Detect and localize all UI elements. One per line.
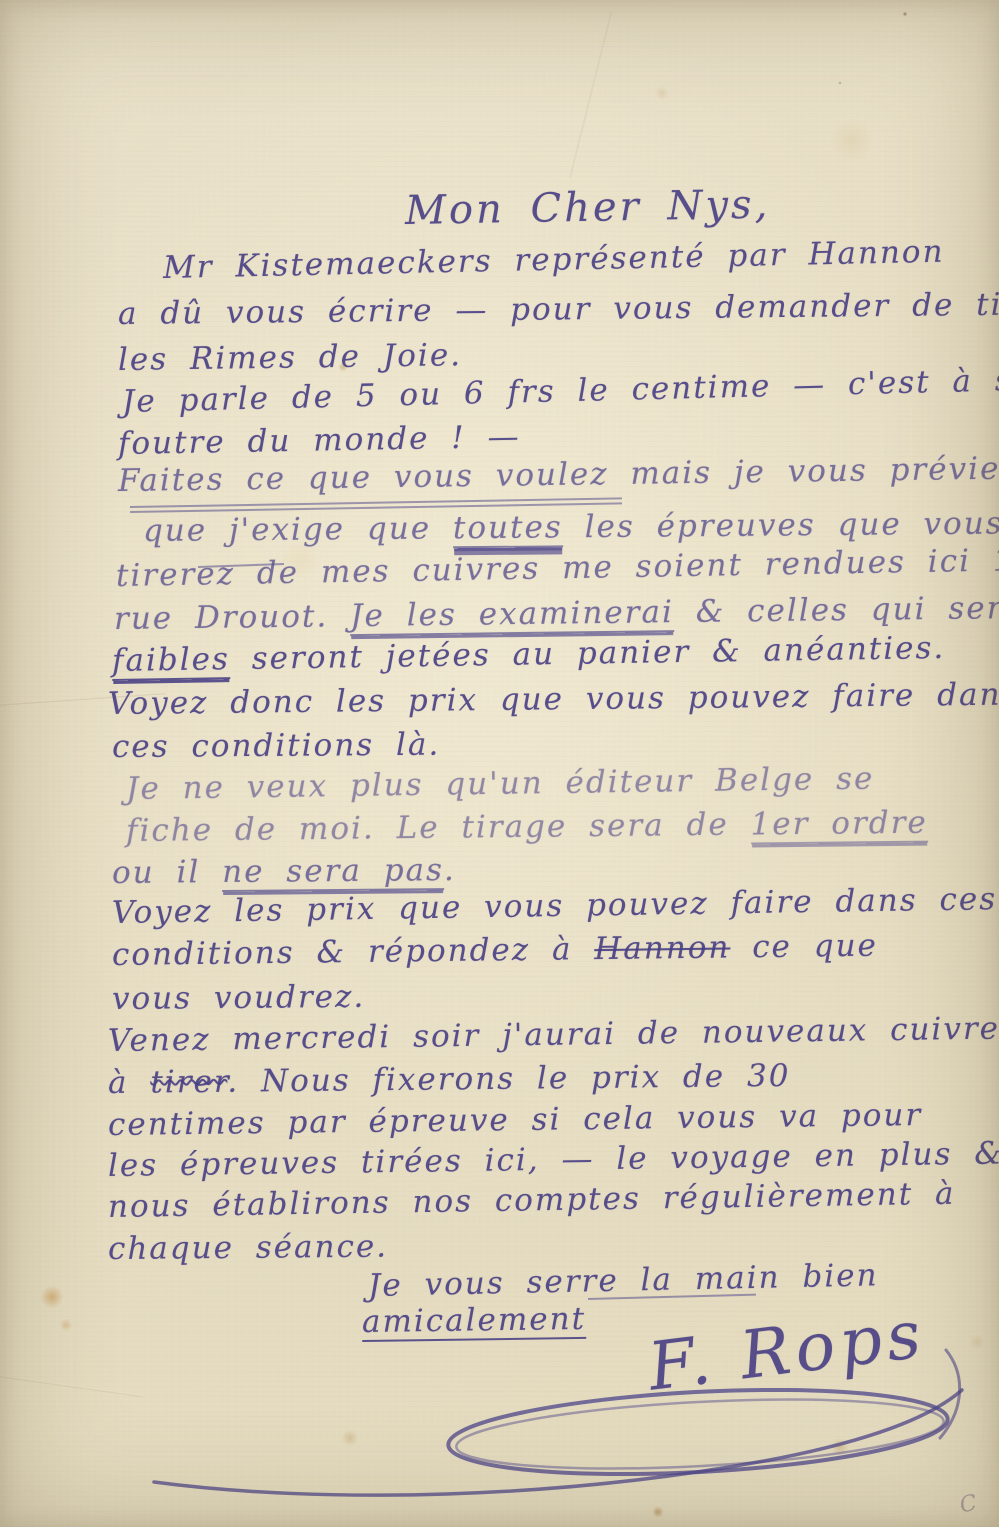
line-text: chaque séance. — [108, 1229, 388, 1267]
line-text: conditions & répondez à — [112, 931, 595, 973]
manuscript-line: les Rimes de Joie. — [118, 337, 463, 378]
manuscript-line: faibles seront jetées au panier & anéant… — [112, 630, 946, 679]
line-text: tirerez de mes cuivres me soient rendues… — [116, 542, 999, 594]
manuscript-line: Voyez donc les prix que vous pouvez fair… — [108, 676, 999, 722]
manuscript-line: chaque séance. — [108, 1229, 388, 1267]
line-text: foutre du monde ! — — [118, 419, 521, 462]
line-text: . Nous fixerons le prix de 30 — [227, 1058, 791, 1100]
line-text: fiche de moi. Le tirage sera de — [126, 806, 751, 849]
line-text: rue Drouot. — [114, 598, 351, 637]
line-text: Je ne veux plus qu'un éditeur Belge se — [126, 761, 875, 807]
underlined-word: amicalement — [362, 1301, 587, 1342]
letter-paper: Mon Cher Nys, Mr Kistemaeckers représent… — [0, 0, 999, 1527]
underlined-phrase: ne sera pas — [222, 852, 444, 892]
manuscript-line: vous voudrez. — [112, 979, 366, 1017]
manuscript-line: fiche de moi. Le tirage sera de 1er ordr… — [126, 805, 928, 849]
line-text: les Rimes de Joie. — [118, 337, 463, 378]
manuscript-line: foutre du monde ! — — [118, 419, 521, 462]
underlined-phrase: 1er ordre — [750, 805, 928, 845]
line-text: a dû vous écrire — pour vous demander de… — [118, 286, 999, 332]
line-text: Voyez donc les prix que vous pouvez fair… — [108, 676, 999, 722]
manuscript-line: nous établirons nos comptes régulièremen… — [108, 1176, 956, 1225]
manuscript-line: a dû vous écrire — pour vous demander de… — [118, 286, 999, 332]
line-text: à — [108, 1065, 151, 1101]
manuscript-line: à tirer. Nous fixerons le prix de 30 — [108, 1058, 791, 1101]
line-text: ou il — [112, 854, 222, 891]
underline-stroke — [130, 497, 622, 508]
salutation: Mon Cher Nys, — [405, 182, 771, 234]
closing-line: amicalement — [362, 1301, 587, 1340]
manuscript-line: tirerez de mes cuivres me soient rendues… — [116, 542, 999, 594]
manuscript-line: centimes par épreuve si cela vous va pou… — [108, 1097, 923, 1143]
manuscript-line: ou il ne sera pas. — [112, 852, 456, 891]
line-text: nous établirons nos comptes régulièremen… — [108, 1176, 956, 1225]
line-text: Mr Kistemaeckers représenté par Hannon — [163, 234, 945, 286]
line-text: Je vous serre la main bien — [368, 1257, 879, 1304]
underlined-phrase: Je les examinerai — [350, 594, 674, 636]
line-text: Venez mercredi soir j'aurai de nouveaux … — [108, 1010, 999, 1059]
line-text: que j'exige que — [143, 510, 453, 549]
manuscript-line: ces conditions là. — [112, 727, 440, 765]
line-text: les épreuves que vous — [563, 505, 999, 545]
manuscript-line: que j'exige que toutes les épreuves que … — [143, 505, 999, 549]
line-text: seront jetées au panier & anéanties. — [230, 630, 946, 677]
line-text: vous voudrez. — [112, 979, 366, 1017]
line-text: centimes par épreuve si cela vous va pou… — [108, 1097, 923, 1143]
underlined-word: faibles — [112, 641, 230, 681]
collector-mark: C — [958, 1491, 980, 1519]
crease-line — [0, 1375, 143, 1398]
line-text: & celles qui seront — [674, 589, 999, 630]
struck-word: Hannon — [594, 929, 731, 967]
line-text: . — [444, 852, 456, 888]
scribbled-word: tirer — [150, 1064, 227, 1101]
underlined-word: toutes — [453, 509, 563, 548]
closing-line: Je vous serre la main bien — [368, 1257, 879, 1304]
manuscript-line: Venez mercredi soir j'aurai de nouveaux … — [108, 1010, 999, 1059]
signature: F. Rops — [644, 1295, 929, 1405]
manuscript-line: Je ne veux plus qu'un éditeur Belge se — [126, 761, 875, 807]
manuscript-line: Mr Kistemaeckers représenté par Hannon — [163, 234, 945, 286]
manuscript-line: rue Drouot. Je les examinerai & celles q… — [114, 589, 999, 637]
line-text: ce que — [730, 928, 878, 966]
line-text: ces conditions là. — [112, 727, 440, 765]
crease-line — [569, 12, 613, 178]
manuscript-line: conditions & répondez à Hannon ce que — [112, 928, 878, 973]
